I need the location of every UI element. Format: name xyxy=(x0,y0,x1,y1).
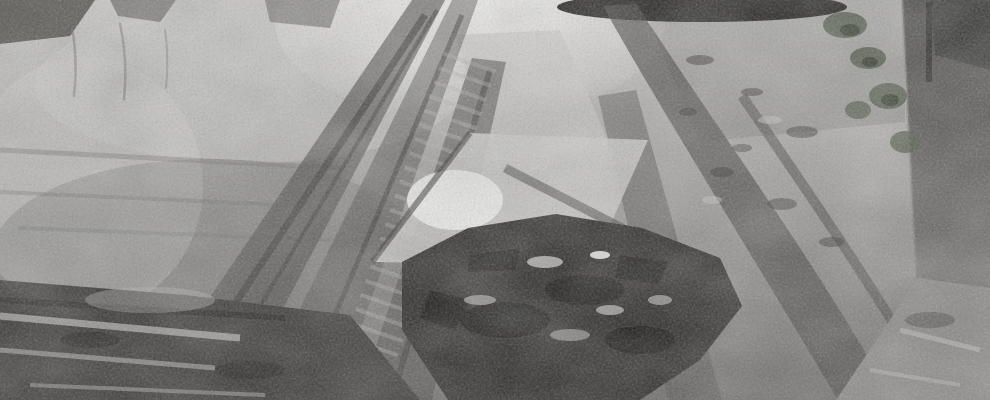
muddy-road-photograph xyxy=(0,0,990,400)
photo-canvas xyxy=(0,0,990,400)
film-grain-texture xyxy=(0,0,990,400)
